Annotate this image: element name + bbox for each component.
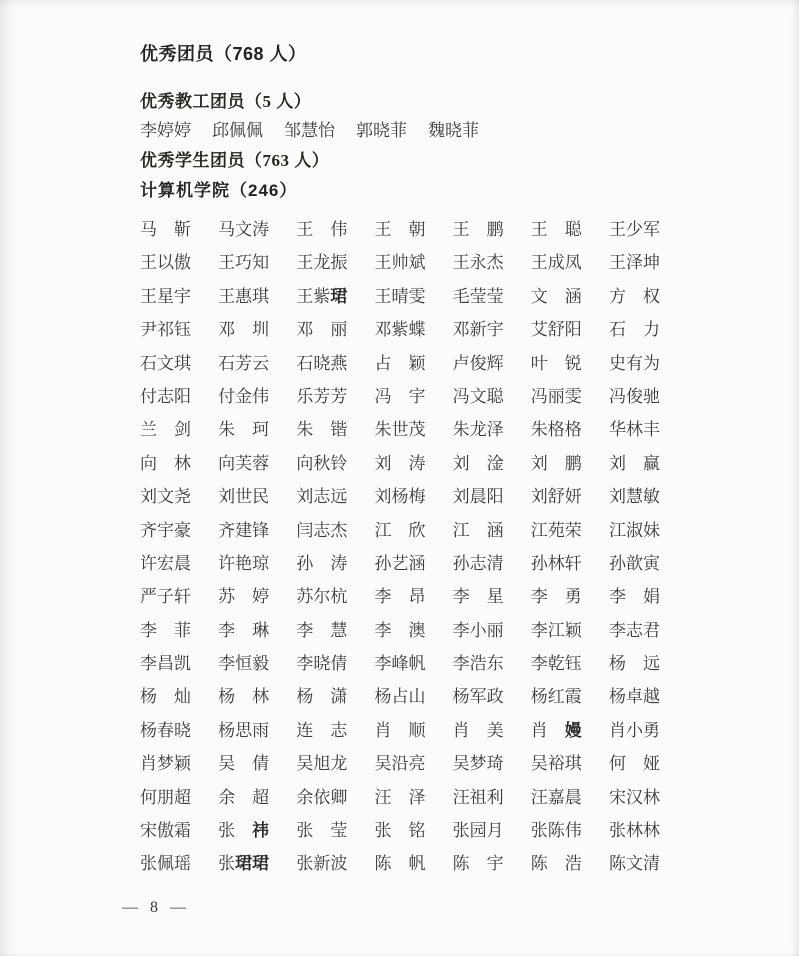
- student-name: 刘 涛: [374, 455, 425, 473]
- student-name: 陈文清: [609, 855, 660, 873]
- student-name: 孙林轩: [531, 555, 582, 573]
- student-name: 杨思雨: [218, 722, 269, 740]
- student-name: 肖 嫚: [531, 722, 582, 740]
- student-name-row: 何朋超余 超余依卿汪 泽汪祖利汪嘉晨宋汉林: [140, 789, 660, 822]
- teacher-names-row: 李婷婷邱佩佩邹慧怡郭晓菲魏晓菲: [140, 122, 660, 139]
- student-name: 李昌凯: [140, 655, 191, 673]
- student-name-row: 向 林向芙蓉向秋铃刘 涛刘 淦刘 鹏刘 赢: [140, 455, 660, 488]
- student-name: 李晓倩: [296, 655, 347, 673]
- student-name: 汪祖利: [453, 789, 504, 807]
- student-name: 邓紫蝶: [374, 321, 425, 339]
- student-name: 李 星: [453, 588, 504, 606]
- student-name: 肖小勇: [609, 722, 660, 740]
- department-title: 计算机学院（246）: [140, 182, 660, 199]
- student-name: 冯 宇: [374, 388, 425, 406]
- student-name: 李江颖: [531, 622, 582, 640]
- student-name: 兰 剑: [140, 421, 191, 439]
- student-name: 孙志清: [453, 555, 504, 573]
- student-name: 张 铭: [374, 822, 425, 840]
- student-name: 吴裕琪: [531, 755, 582, 773]
- student-name: 吴沿亮: [374, 755, 425, 773]
- student-name: 张 莹: [296, 822, 347, 840]
- student-name: 孙歆寅: [609, 555, 660, 573]
- student-name: 齐宇豪: [140, 522, 191, 540]
- student-name: 肖 美: [453, 722, 504, 740]
- teacher-name: 魏晓菲: [428, 122, 479, 139]
- student-name: 王泽坤: [609, 254, 660, 272]
- teacher-name: 李婷婷: [140, 122, 191, 139]
- student-name: 江苑荣: [531, 522, 582, 540]
- student-name: 王 伟: [296, 221, 347, 239]
- student-name: 朱世茂: [374, 421, 425, 439]
- student-name: 朱 锴: [296, 421, 347, 439]
- student-name-row: 王以傲王巧知王龙振王帅斌王永杰王成凤王泽坤: [140, 254, 660, 287]
- student-name: 尹祁钰: [140, 321, 191, 339]
- student-name: 肖梦颖: [140, 755, 191, 773]
- student-name: 王成凤: [531, 254, 582, 272]
- document-page: 优秀团员（768 人） 优秀教工团员（5 人） 李婷婷邱佩佩邹慧怡郭晓菲魏晓菲 …: [0, 0, 799, 956]
- student-name: 石 力: [609, 321, 660, 339]
- student-name: 王星宇: [140, 288, 191, 306]
- student-name: 张陈伟: [531, 822, 582, 840]
- student-name: 向芙蓉: [218, 455, 269, 473]
- student-name: 石晓燕: [296, 355, 347, 373]
- student-name-row: 肖梦颖吴 倩吴旭龙吴沿亮吴梦琦吴裕琪何 娅: [140, 755, 660, 788]
- student-name: 王以傲: [140, 254, 191, 272]
- student-name-row: 杨 灿杨 林杨 潇杨占山杨军政杨红霞杨卓越: [140, 688, 660, 721]
- student-name: 汪 泽: [374, 789, 425, 807]
- student-name-row: 齐宇豪齐建锋闫志杰江 欣江 涵江苑荣江淑妹: [140, 522, 660, 555]
- student-name: 邓 圳: [218, 321, 269, 339]
- student-name: 刘晨阳: [453, 488, 504, 506]
- teacher-name: 邹慧怡: [284, 122, 335, 139]
- student-name: 方 权: [609, 288, 660, 306]
- student-name: 肖 顺: [374, 722, 425, 740]
- student-name-row: 许宏晨许艳琼孙 涛孙艺涵孙志清孙林轩孙歆寅: [140, 555, 660, 588]
- student-name: 孙 涛: [296, 555, 347, 573]
- student-name: 李恒毅: [218, 655, 269, 673]
- student-name: 王晴雯: [374, 288, 425, 306]
- student-name: 刘舒妍: [531, 488, 582, 506]
- student-name: 孙艺涵: [374, 555, 425, 573]
- student-name: 李 昂: [374, 588, 425, 606]
- student-name: 石文琪: [140, 355, 191, 373]
- student-name: 苏尔杭: [296, 588, 347, 606]
- student-name: 刘杨梅: [374, 488, 425, 506]
- student-name-row: 兰 剑朱 珂朱 锴朱世茂朱龙泽朱格格华林丰: [140, 421, 660, 454]
- student-name: 严子轩: [140, 588, 191, 606]
- student-name: 杨 林: [218, 688, 269, 706]
- student-name: 李 澳: [374, 622, 425, 640]
- student-name: 王 聪: [531, 221, 582, 239]
- student-name: 王永杰: [453, 254, 504, 272]
- student-name: 史有为: [609, 355, 660, 373]
- student-name: 张林林: [609, 822, 660, 840]
- student-name: 李峰帆: [374, 655, 425, 673]
- student-name: 冯文聪: [453, 388, 504, 406]
- student-name: 苏 婷: [218, 588, 269, 606]
- student-name: 余依卿: [296, 789, 347, 807]
- student-name: 宋傲霜: [140, 822, 191, 840]
- section-title-teacher-members: 优秀教工团员（5 人）: [140, 93, 660, 110]
- student-name: 李 慧: [296, 622, 347, 640]
- student-name: 付金伟: [218, 388, 269, 406]
- student-name: 马 靳: [140, 221, 191, 239]
- teacher-name: 邱佩佩: [212, 122, 263, 139]
- student-name: 张 祎: [218, 822, 269, 840]
- student-names-grid: 马 靳马文涛王 伟王 朝王 鹏王 聪王少军王以傲王巧知王龙振王帅斌王永杰王成凤王…: [140, 221, 660, 889]
- student-name: 向秋铃: [296, 455, 347, 473]
- student-name: 王紫珺: [296, 288, 347, 306]
- student-name: 何 娅: [609, 755, 660, 773]
- student-name: 王少军: [609, 221, 660, 239]
- student-name: 毛莹莹: [453, 288, 504, 306]
- student-name: 李 勇: [531, 588, 582, 606]
- student-name: 刘文尧: [140, 488, 191, 506]
- student-name: 张园月: [453, 822, 504, 840]
- student-name: 杨 灿: [140, 688, 191, 706]
- student-name: 王 鹏: [453, 221, 504, 239]
- student-name: 华林丰: [609, 421, 660, 439]
- page-number: — 8 —: [122, 899, 190, 917]
- student-name: 刘 赢: [609, 455, 660, 473]
- student-name: 杨军政: [453, 688, 504, 706]
- student-name: 王 朝: [374, 221, 425, 239]
- student-name: 王惠琪: [218, 288, 269, 306]
- student-name: 石芳云: [218, 355, 269, 373]
- student-name: 陈 帆: [374, 855, 425, 873]
- student-name: 齐建锋: [218, 522, 269, 540]
- student-name: 江淑妹: [609, 522, 660, 540]
- student-name: 吴梦琦: [453, 755, 504, 773]
- student-name: 江 涵: [453, 522, 504, 540]
- student-name: 闫志杰: [296, 522, 347, 540]
- student-name: 邓新宇: [453, 321, 504, 339]
- student-name: 江 欣: [374, 522, 425, 540]
- main-title: 优秀团员（768 人）: [140, 45, 660, 63]
- student-name: 李志君: [609, 622, 660, 640]
- student-name: 张佩瑶: [140, 855, 191, 873]
- student-name-row: 刘文尧刘世民刘志远刘杨梅刘晨阳刘舒妍刘慧敏: [140, 488, 660, 521]
- student-name: 陈 浩: [531, 855, 582, 873]
- student-name: 马文涛: [218, 221, 269, 239]
- student-name-row: 石文琪石芳云石晓燕占 颖卢俊辉叶 锐史有为: [140, 355, 660, 388]
- student-name-row: 宋傲霜张 祎张 莹张 铭张园月张陈伟张林林: [140, 822, 660, 855]
- student-name: 刘世民: [218, 488, 269, 506]
- student-name: 叶 锐: [531, 355, 582, 373]
- student-name: 李浩东: [453, 655, 504, 673]
- student-name: 乐芳芳: [296, 388, 347, 406]
- student-name: 杨春晓: [140, 722, 191, 740]
- student-name: 吴 倩: [218, 755, 269, 773]
- student-name: 冯丽雯: [531, 388, 582, 406]
- student-name-row: 李昌凯李恒毅李晓倩李峰帆李浩东李乾钰杨 远: [140, 655, 660, 688]
- student-name: 朱龙泽: [453, 421, 504, 439]
- student-name: 杨占山: [374, 688, 425, 706]
- student-name: 何朋超: [140, 789, 191, 807]
- student-name: 汪嘉晨: [531, 789, 582, 807]
- student-name-row: 李 菲李 琳李 慧李 澳李小丽李江颖李志君: [140, 622, 660, 655]
- document-content: 优秀团员（768 人） 优秀教工团员（5 人） 李婷婷邱佩佩邹慧怡郭晓菲魏晓菲 …: [140, 45, 660, 889]
- student-name-row: 尹祁钰邓 圳邓 丽邓紫蝶邓新宇艾舒阳石 力: [140, 321, 660, 354]
- student-name: 许宏晨: [140, 555, 191, 573]
- student-name: 刘 鹏: [531, 455, 582, 473]
- student-name: 冯俊驰: [609, 388, 660, 406]
- student-name: 李 琳: [218, 622, 269, 640]
- student-name: 王帅斌: [374, 254, 425, 272]
- student-name-row: 张佩瑶张珺珺张新波陈 帆陈 宇陈 浩陈文清: [140, 855, 660, 888]
- student-name: 邓 丽: [296, 321, 347, 339]
- student-name: 杨 潇: [296, 688, 347, 706]
- student-name: 朱 珂: [218, 421, 269, 439]
- student-name: 李 菲: [140, 622, 191, 640]
- student-name: 杨 远: [609, 655, 660, 673]
- student-name: 李乾钰: [531, 655, 582, 673]
- student-name: 杨红霞: [531, 688, 582, 706]
- student-name: 宋汉林: [609, 789, 660, 807]
- student-name: 连 志: [296, 722, 347, 740]
- student-name: 王巧知: [218, 254, 269, 272]
- student-name-row: 杨春晓杨思雨连 志肖 顺肖 美肖 嫚肖小勇: [140, 722, 660, 755]
- student-name: 占 颖: [374, 355, 425, 373]
- student-name-row: 马 靳马文涛王 伟王 朝王 鹏王 聪王少军: [140, 221, 660, 254]
- student-name-row: 王星宇王惠琪王紫珺王晴雯毛莹莹文 涵方 权: [140, 288, 660, 321]
- student-name: 张珺珺: [218, 855, 269, 873]
- student-name: 刘 淦: [453, 455, 504, 473]
- student-name: 文 涵: [531, 288, 582, 306]
- student-name: 李 娟: [609, 588, 660, 606]
- student-name: 卢俊辉: [453, 355, 504, 373]
- student-name-row: 严子轩苏 婷苏尔杭李 昂李 星李 勇李 娟: [140, 588, 660, 621]
- student-name: 付志阳: [140, 388, 191, 406]
- student-name: 张新波: [296, 855, 347, 873]
- student-name: 王龙振: [296, 254, 347, 272]
- student-name-row: 付志阳付金伟乐芳芳冯 宇冯文聪冯丽雯冯俊驰: [140, 388, 660, 421]
- student-name: 吴旭龙: [296, 755, 347, 773]
- teacher-name: 郭晓菲: [356, 122, 407, 139]
- student-name: 李小丽: [453, 622, 504, 640]
- student-name: 朱格格: [531, 421, 582, 439]
- student-name: 许艳琼: [218, 555, 269, 573]
- student-name: 向 林: [140, 455, 191, 473]
- student-name: 刘慧敏: [609, 488, 660, 506]
- student-name: 杨卓越: [609, 688, 660, 706]
- section-title-student-members: 优秀学生团员（763 人）: [140, 152, 660, 169]
- student-name: 刘志远: [296, 488, 347, 506]
- student-name: 艾舒阳: [531, 321, 582, 339]
- student-name: 陈 宇: [453, 855, 504, 873]
- student-name: 余 超: [218, 789, 269, 807]
